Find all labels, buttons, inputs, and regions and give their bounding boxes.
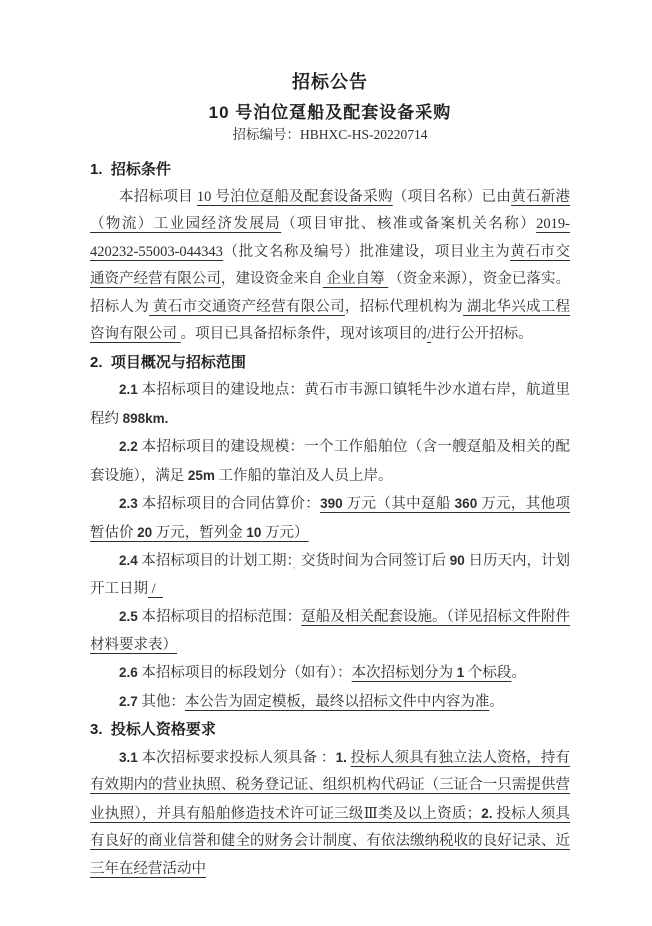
text-run: 本招标项目的合同估算价： [138,496,320,512]
text-run: ，建设资金来自 [221,271,323,287]
item-2-7: 2.7 其他：本公告为固定模板，最终以招标文件中内容为准。 [90,688,570,717]
text-run: 360 [455,496,478,511]
text-run: 万元（其中趸船 [343,496,455,512]
project-subtitle: 10 号泊位趸船及配套设备采购 [90,102,570,124]
text-run: 90 [450,553,465,568]
text-run: 2.4 [119,553,138,568]
text-run: 本公告为固定模板，最终以招标文件中内容为准 [185,694,490,710]
text-run: 。 [511,665,526,681]
text-run: 其他： [138,694,185,710]
text-run: 10 [246,525,261,540]
text-run: 20 [137,525,152,540]
section-2-heading: 2. 项目概况与招标范围 [90,349,570,377]
text-run: 本次招标要求投标人须具备 ： [138,750,336,766]
text-run: 2. [481,806,492,821]
document-page: 招标公告 10 号泊位趸船及配套设备采购 招标编号：HBHXC-HS-20220… [0,0,652,926]
item-2-4: 2.4 本招标项目的计划工期：交货时间为合同签订后 90 日历天内，计划开工日期… [90,547,570,603]
text-run: （批文名称及编号）批准建设，项目业主为 [223,244,510,260]
text-run: 2.5 [119,609,138,624]
text-run: 个标段 [464,665,511,681]
text-run: 10 号泊位趸船及配套设备采购 [197,189,393,205]
section-3-heading: 3. 投标人资格要求 [90,716,570,744]
text-run: 万元） [261,525,308,541]
text-run: 2.3 [119,496,138,511]
text-run: 进行公开招标。 [431,326,533,342]
item-3-1: 3.1 本次招标要求投标人须具备 ：1. 投标人须具有独立法人资格，持有有效期内… [90,744,570,884]
text-run: 万元，暂列金 [152,525,246,541]
text-run: 。项目已具备招标条件，现对该项目的 [181,326,428,342]
text-run: 2.1 [119,382,138,397]
item-2-3: 2.3 本招标项目的合同估算价：390 万元（其中趸船 360 万元，其他项暂估… [90,490,570,547]
text-run: 3.1 [119,750,138,765]
text-run: 25m [188,468,215,483]
text-run: / [148,581,163,597]
page-title: 招标公告 [90,70,570,94]
text-run: 本次招标划分为 [352,665,457,681]
para-tender-conditions: 本招标项目 10 号泊位趸船及配套设备采购（项目名称）已由黄石新港（物流）工业园… [90,184,570,349]
text-run: ，招标代理机构为 [345,299,463,315]
document-body: 1. 招标条件本招标项目 10 号泊位趸船及配套设备采购（项目名称）已由黄石新港… [90,156,570,883]
text-run: 本招标项目 [119,189,197,205]
text-run: 2. 项目概况与招标范围 [90,354,246,371]
text-run: 本招标项目的招标范围： [138,609,301,625]
text-run: 黄石市交通资产经营有限公司 [149,299,345,315]
item-2-5: 2.5 本招标项目的招标范围：趸船及相关配套设施。（详见招标文件附件材料要求表） [90,603,570,659]
item-2-6: 2.6 本招标项目的标段划分（如有）：本次招标划分为 1 个标段。 [90,659,570,688]
text-run: 3. 投标人资格要求 [90,721,216,738]
section-1-heading: 1. 招标条件 [90,156,570,184]
text-run: 1. 招标条件 [90,161,171,178]
text-run: 企业自筹 [323,271,389,287]
item-2-2: 2.2 本招标项目的建设规模：一个工作船舶位（含一艘趸船及相关的配套设施），满足… [90,433,570,490]
text-run: 工作船的靠泊及人员上岸。 [215,468,393,484]
text-run: 390 [320,496,343,511]
text-run: 898km. [123,411,169,426]
text-run: （项目名称）已由 [393,189,511,205]
text-run: 2.6 [119,665,138,680]
text-run: 2.2 [119,439,138,454]
text-run: 2.7 [119,694,138,709]
text-run: 本招标项目的标段划分（如有）： [138,665,352,681]
item-2-1: 2.1 本招标项目的建设地点：黄石市韦源口镇牦牛沙水道右岸，航道里程约 898k… [90,376,570,433]
text-run: （项目审批、核准或备案机关名称） [281,216,536,232]
tender-number: 招标编号：HBHXC-HS-20220714 [90,126,570,143]
text-run: 。 [489,694,504,710]
text-run: 1. [336,750,347,765]
